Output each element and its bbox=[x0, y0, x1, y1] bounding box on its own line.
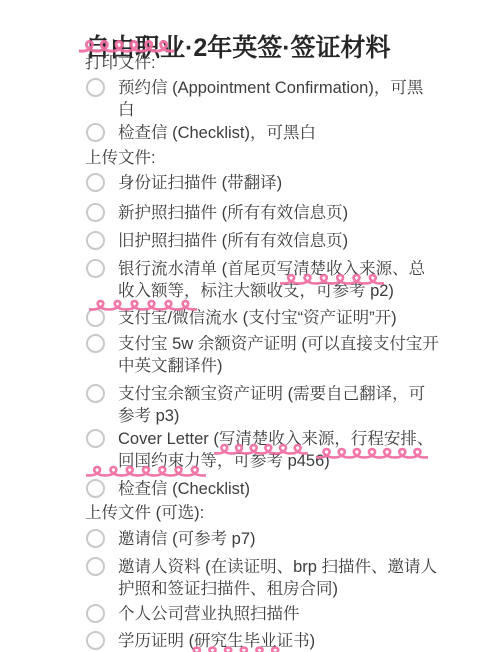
item-text: 邀请人资料 (在读证明、brp 扫描件、邀请人 护照和签证扫描件、租房合同) bbox=[118, 556, 488, 600]
checkbox-circle[interactable] bbox=[86, 123, 105, 142]
item-text: 身份证扫描件 (带翻译) bbox=[118, 172, 488, 194]
checklist-page: 自由职业·2年英签·签证材料 打印文件:预约信 (Appointment Con… bbox=[0, 0, 500, 652]
section-header: 上传文件 (可选): bbox=[85, 503, 204, 523]
item-text: 旧护照扫描件 (所有有效信息页) bbox=[118, 230, 488, 252]
checkbox-circle[interactable] bbox=[86, 479, 105, 498]
checkbox-circle[interactable] bbox=[86, 78, 105, 97]
item-text: 银行流水清单 (首尾页写清楚收入来源、总 收入额等，标注大额收支，可参考 p2) bbox=[118, 258, 488, 302]
item-text: 预约信 (Appointment Confirmation)，可黑 白 bbox=[118, 77, 488, 121]
checkbox-circle[interactable] bbox=[86, 384, 105, 403]
item-text: 学历证明 (研究生毕业证书) bbox=[118, 630, 488, 652]
checkbox-circle[interactable] bbox=[86, 529, 105, 548]
checkbox-circle[interactable] bbox=[86, 231, 105, 250]
item-text: 检查信 (Checklist)，可黑白 bbox=[118, 122, 488, 144]
item-text: 支付宝 5w 余额资产证明 (可以直接支付宝开 中英文翻译件) bbox=[118, 333, 488, 377]
section-header: 上传文件: bbox=[85, 148, 156, 168]
item-text: Cover Letter (写清楚收入来源，行程安排、 回国约束力等，可参考 p… bbox=[118, 428, 488, 472]
checkbox-circle[interactable] bbox=[86, 429, 105, 448]
item-text: 邀请信 (可参考 p7) bbox=[118, 528, 488, 550]
item-text: 支付宝余额宝资产证明 (需要自己翻译，可 参考 p3) bbox=[118, 383, 488, 427]
checkbox-circle[interactable] bbox=[86, 308, 105, 327]
checkbox-circle[interactable] bbox=[86, 259, 105, 278]
checkbox-circle[interactable] bbox=[86, 557, 105, 576]
item-text: 支付宝/微信流水 (支付宝“资产证明”开) bbox=[118, 307, 488, 329]
section-header: 打印文件: bbox=[85, 53, 156, 73]
checkbox-circle[interactable] bbox=[86, 604, 105, 623]
checkbox-circle[interactable] bbox=[86, 203, 105, 222]
checkbox-circle[interactable] bbox=[86, 631, 105, 650]
item-text: 个人公司营业执照扫描件 bbox=[118, 603, 488, 625]
checkbox-circle[interactable] bbox=[86, 173, 105, 192]
item-text: 检查信 (Checklist) bbox=[118, 478, 488, 500]
checkbox-circle[interactable] bbox=[86, 334, 105, 353]
item-text: 新护照扫描件 (所有有效信息页) bbox=[118, 202, 488, 224]
